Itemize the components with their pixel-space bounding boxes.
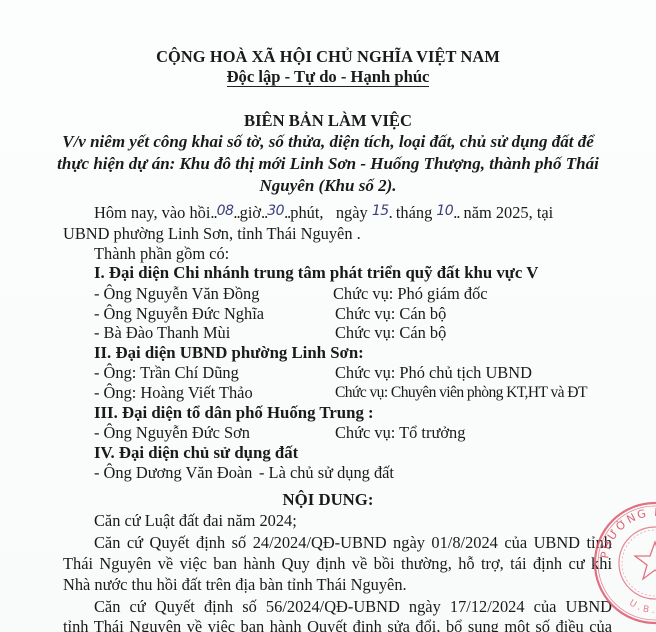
members-intro: Thành phần gồm có:: [94, 244, 229, 264]
content-heading: NỘI DUNG:: [0, 490, 656, 510]
document-page: CỘNG HOÀ XÃ HỘI CHỦ NGHĨA VIỆT NAM Độc l…: [0, 0, 656, 632]
member-name: - Ông Nguyễn Đức Sơn: [94, 423, 250, 442]
member-row: - Ông Nguyễn Văn Đồng Chức vụ: Phó giám …: [94, 284, 614, 304]
content-paragraph: Nhà nước thu hồi đất trên địa bàn tỉnh T…: [63, 575, 407, 595]
motto: Độc lập - Tự do - Hạnh phúc: [227, 67, 430, 87]
member-role: Chức vụ: Cán bộ: [335, 304, 446, 324]
member-name: - Ông Nguyễn Văn Đồng: [94, 284, 259, 303]
member-row: - Ông Nguyễn Đức Sơn Chức vụ: Tổ trưởng: [94, 423, 614, 443]
month-label: tháng: [396, 203, 432, 222]
svg-text:U.B.N.D: U.B.N.D: [627, 598, 656, 616]
day-label: ngày: [336, 203, 368, 222]
subject-line-2: thực hiện dự án: Khu đô thị mới Linh Sơn…: [0, 154, 656, 174]
minute-label: phút,: [290, 203, 323, 222]
member-role: Chức vụ: Tổ trưởng: [335, 423, 465, 443]
year-text: năm 2025, tại: [464, 203, 554, 222]
member-role: Chức vụ: Phó giám đốc: [333, 284, 488, 304]
content-paragraph: Căn cứ Luật đất đai năm 2024;: [94, 511, 297, 531]
subject-line-3: Nguyên (Khu số 2).: [0, 176, 656, 196]
location-line: UBND phường Linh Sơn, tỉnh Thái Nguyên .: [63, 224, 361, 244]
day-value: 15: [372, 203, 389, 219]
minute-value: 30: [267, 203, 284, 219]
content-paragraph: Căn cứ Quyết định số 24/2024/QĐ-UBND ngà…: [94, 533, 612, 553]
member-role: Chức vụ: Chuyên viên phòng KT,HT và ĐT: [335, 383, 587, 403]
stamp-bottom-text: U.B.N.D: [627, 598, 656, 616]
section-1-heading: I. Đại diện Chi nhánh trung tâm phát tri…: [94, 263, 538, 283]
member-name: - Ông: Trần Chí Dũng: [94, 363, 239, 382]
section-2-heading: II. Đại diện UBND phường Linh Sơn:: [94, 343, 364, 363]
member-row: - Ông Nguyễn Đức Nghĩa Chức vụ: Cán bộ: [94, 304, 614, 324]
member-row: - Bà Đào Thanh Mùi Chức vụ: Cán bộ: [94, 323, 614, 343]
national-title: CỘNG HOÀ XÃ HỘI CHỦ NGHĨA VIỆT NAM: [0, 47, 656, 67]
intro-line: Hôm nay, vào hồi..08..giờ..30..phút, ngà…: [94, 203, 553, 224]
section-4-heading: IV. Đại diện chủ sử dụng đất: [94, 443, 298, 463]
motto-line: Độc lập - Tự do - Hạnh phúc: [0, 67, 656, 87]
member-name: - Ông Dương Văn Đoàn: [94, 463, 252, 482]
hour-value: 08: [217, 203, 234, 219]
member-row: - Ông: Hoàng Viết Thảo Chức vụ: Chuyên v…: [94, 383, 654, 403]
member-name: - Bà Đào Thanh Mùi: [94, 323, 230, 342]
subject-line-1: V/v niêm yết công khai số tờ, số thửa, d…: [0, 132, 656, 152]
member-name: - Ông Nguyễn Đức Nghĩa: [94, 304, 264, 323]
member-row: - Ông Dương Văn Đoàn - Là chủ sử dụng đấ…: [94, 463, 614, 483]
document-title: BIÊN BẢN LÀM VIỆC: [0, 111, 656, 131]
member-row: - Ông: Trần Chí Dũng Chức vụ: Phó chủ tị…: [94, 363, 634, 383]
month-value: 10: [436, 203, 453, 219]
hour-label: giờ: [240, 203, 261, 222]
member-role: Chức vụ: Cán bộ: [335, 323, 446, 343]
member-name: - Ông: Hoàng Viết Thảo: [94, 383, 253, 402]
section-3-heading: III. Đại diện tổ dân phố Huống Trung :: [94, 403, 374, 423]
content-paragraph: tỉnh Thái Nguyên về việc ban hành Quyết …: [63, 617, 612, 632]
member-role: Chức vụ: Phó chủ tịch UBND: [335, 363, 532, 383]
content-paragraph: Căn cứ Quyết định số 56/2024/QĐ-UBND ngà…: [94, 597, 612, 617]
content-paragraph: Thái Nguyên về việc ban hành Quy định về…: [63, 554, 612, 574]
intro-prefix: Hôm nay, vào hồi: [94, 203, 210, 222]
member-role: - Là chủ sử dụng đất: [259, 463, 394, 483]
